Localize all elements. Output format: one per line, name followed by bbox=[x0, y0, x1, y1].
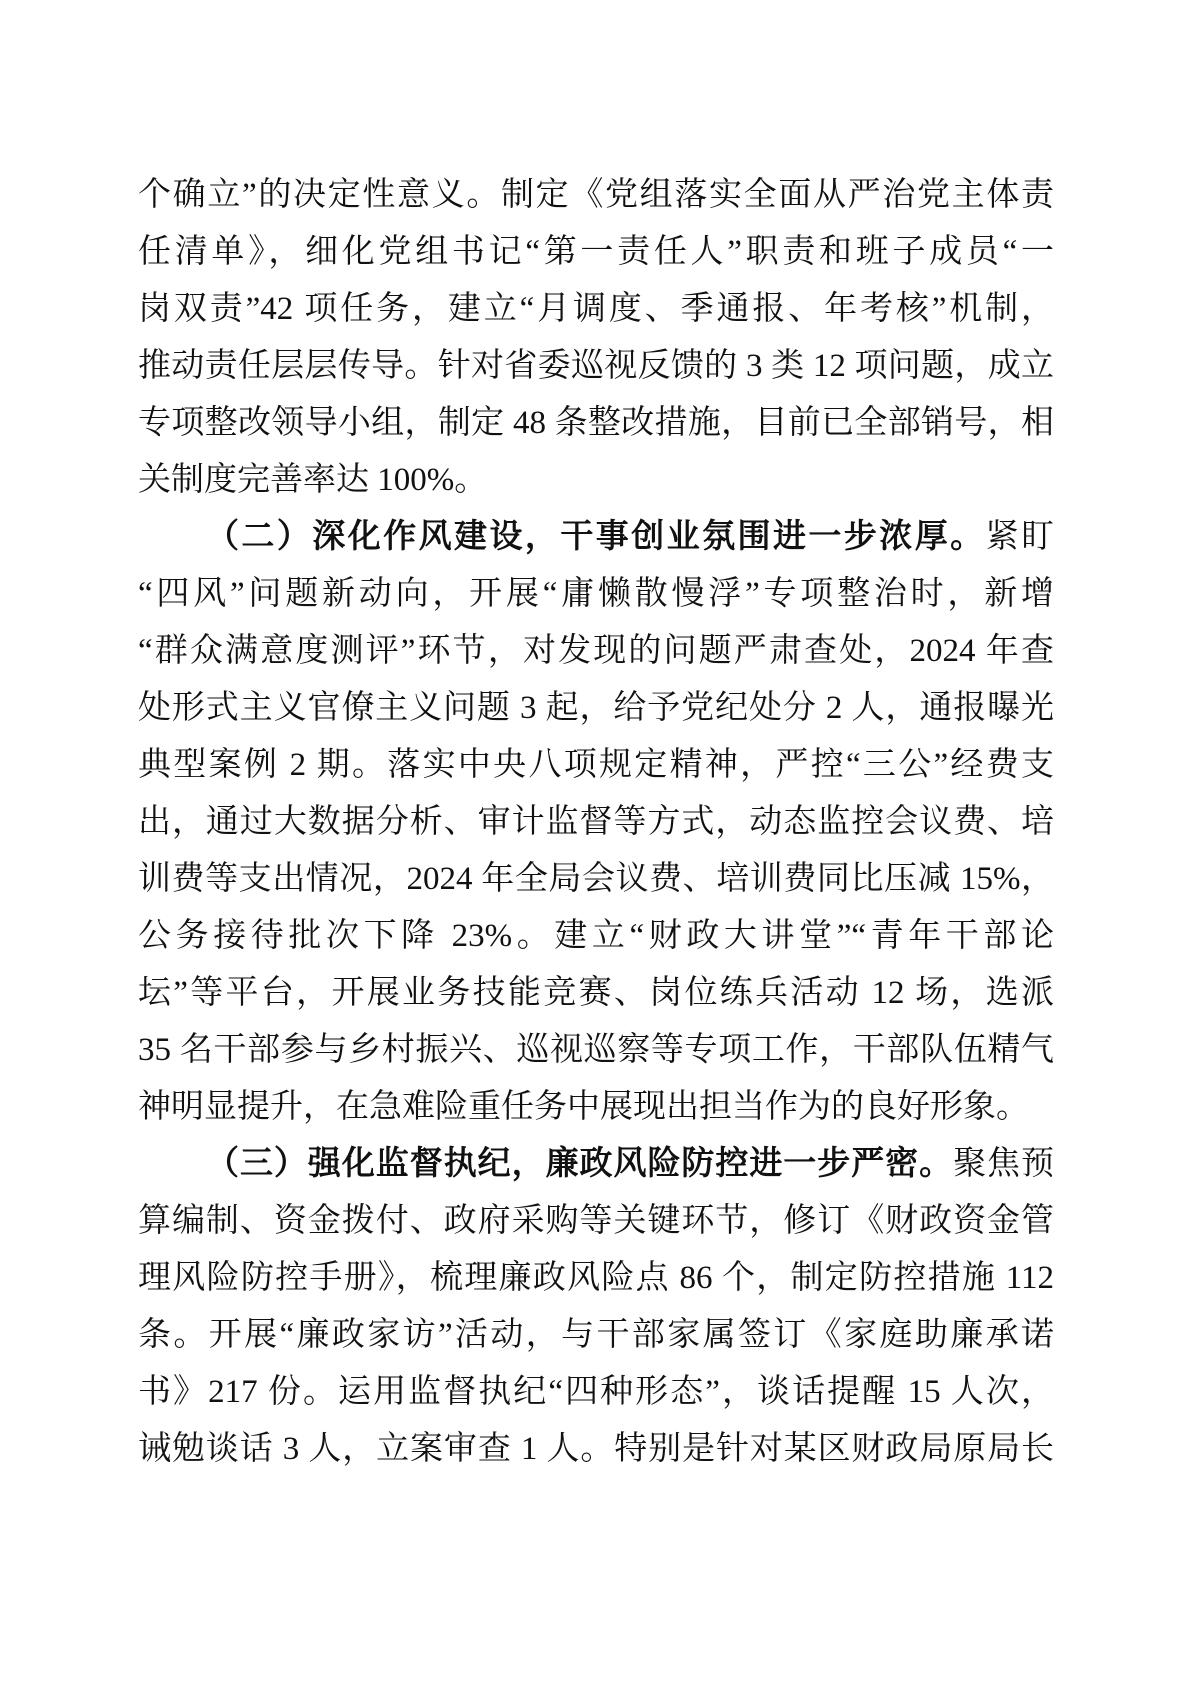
line-text: “群众满意度测评”环节，对发现的问题严肃查处，2024 年查 bbox=[138, 633, 1054, 669]
line-text: 坛”等平台，开展业务技能竞赛、岗位练兵活动 12 场，选派 bbox=[138, 975, 1054, 1011]
text-line: 训费等支出情况，2024 年全局会议费、培训费同比压减 15%， bbox=[138, 851, 1054, 908]
section-heading: （二）深化作风建设，干事创业氛围进一步浓厚。 bbox=[206, 519, 986, 555]
line-text: 书》217 份。运用监督执纪“四种形态”，谈话提醒 15 人次， bbox=[138, 1374, 1054, 1410]
line-text: 训费等支出情况，2024 年全局会议费、培训费同比压减 15%， bbox=[138, 861, 1054, 897]
text-line: （三）强化监督执纪，廉政风险防控进一步严密。聚焦预 bbox=[138, 1136, 1054, 1193]
line-text: 神明显提升，在急难险重任务中展现出担当作为的良好形象。 bbox=[138, 1089, 1029, 1125]
line-text: 35 名干部参与乡村振兴、巡视巡察等专项工作，干部队伍精气 bbox=[138, 1032, 1054, 1068]
text-line: 处形式主义官僚主义问题 3 起，给予党纪处分 2 人，通报曝光 bbox=[138, 680, 1054, 737]
line-text: 紧盯 bbox=[986, 519, 1054, 555]
document-page: 个确立”的决定性意义。制定《党组落实全面从严治党主体责任清单》，细化党组书记“第… bbox=[0, 0, 1190, 1683]
line-text: 条。开展“廉政家访”活动，与干部家属签订《家庭助廉承诺 bbox=[138, 1317, 1054, 1353]
text-line: 岗双责”42 项任务，建立“月调度、季通报、年考核”机制， bbox=[138, 281, 1054, 338]
line-text: 处形式主义官僚主义问题 3 起，给予党纪处分 2 人，通报曝光 bbox=[138, 690, 1054, 726]
text-line: 推动责任层层传导。针对省委巡视反馈的 3 类 12 项问题，成立 bbox=[138, 338, 1054, 395]
line-text: 个确立”的决定性意义。制定《党组落实全面从严治党主体责 bbox=[138, 177, 1054, 213]
line-text: 专项整改领导小组，制定 48 条整改措施，目前已全部销号，相 bbox=[138, 405, 1054, 441]
section-heading: （三）强化监督执纪，廉政风险防控进一步严密。 bbox=[206, 1146, 953, 1182]
line-text: 关制度完善率达 100%。 bbox=[138, 462, 487, 498]
text-line: （二）深化作风建设，干事创业氛围进一步浓厚。紧盯 bbox=[138, 509, 1054, 566]
line-text: 任清单》，细化党组书记“第一责任人”职责和班子成员“一 bbox=[138, 234, 1054, 270]
line-text: “四风”问题新动向，开展“庸懒散慢浮”专项整治时，新增 bbox=[138, 576, 1054, 612]
text-line: 出，通过大数据分析、审计监督等方式，动态监控会议费、培 bbox=[138, 794, 1054, 851]
line-text: 出，通过大数据分析、审计监督等方式，动态监控会议费、培 bbox=[138, 804, 1054, 840]
line-text: 理风险防控手册》，梳理廉政风险点 86 个，制定防控措施 112 bbox=[138, 1260, 1054, 1296]
text-line: 35 名干部参与乡村振兴、巡视巡察等专项工作，干部队伍精气 bbox=[138, 1022, 1054, 1079]
text-line: 任清单》，细化党组书记“第一责任人”职责和班子成员“一 bbox=[138, 224, 1054, 281]
text-line: 关制度完善率达 100%。 bbox=[138, 452, 1054, 509]
text-line: 个确立”的决定性意义。制定《党组落实全面从严治党主体责 bbox=[138, 167, 1054, 224]
text-line: 坛”等平台，开展业务技能竞赛、岗位练兵活动 12 场，选派 bbox=[138, 965, 1054, 1022]
text-line: “四风”问题新动向，开展“庸懒散慢浮”专项整治时，新增 bbox=[138, 566, 1054, 623]
line-text: 诫勉谈话 3 人，立案审查 1 人。特别是针对某区财政局原局长 bbox=[138, 1431, 1054, 1467]
line-text: 算编制、资金拨付、政府采购等关键环节，修订《财政资金管 bbox=[138, 1203, 1054, 1239]
text-line: “群众满意度测评”环节，对发现的问题严肃查处，2024 年查 bbox=[138, 623, 1054, 680]
text-line: 神明显提升，在急难险重任务中展现出担当作为的良好形象。 bbox=[138, 1079, 1054, 1136]
line-text: 推动责任层层传导。针对省委巡视反馈的 3 类 12 项问题，成立 bbox=[138, 348, 1054, 384]
line-text: 公务接待批次下降 23%。建立“财政大讲堂”“青年干部论 bbox=[138, 918, 1054, 954]
text-line: 条。开展“廉政家访”活动，与干部家属签订《家庭助廉承诺 bbox=[138, 1307, 1054, 1364]
text-line: 书》217 份。运用监督执纪“四种形态”，谈话提醒 15 人次， bbox=[138, 1364, 1054, 1421]
text-line: 诫勉谈话 3 人，立案审查 1 人。特别是针对某区财政局原局长 bbox=[138, 1421, 1054, 1478]
text-line: 理风险防控手册》，梳理廉政风险点 86 个，制定防控措施 112 bbox=[138, 1250, 1054, 1307]
text-line: 公务接待批次下降 23%。建立“财政大讲堂”“青年干部论 bbox=[138, 908, 1054, 965]
text-line: 典型案例 2 期。落实中央八项规定精神，严控“三公”经费支 bbox=[138, 737, 1054, 794]
text-line: 算编制、资金拨付、政府采购等关键环节，修订《财政资金管 bbox=[138, 1193, 1054, 1250]
line-text: 聚焦预 bbox=[953, 1146, 1054, 1182]
line-text: 岗双责”42 项任务，建立“月调度、季通报、年考核”机制， bbox=[138, 291, 1054, 327]
document-body: 个确立”的决定性意义。制定《党组落实全面从严治党主体责任清单》，细化党组书记“第… bbox=[138, 167, 1054, 1478]
line-text: 典型案例 2 期。落实中央八项规定精神，严控“三公”经费支 bbox=[138, 747, 1054, 783]
text-line: 专项整改领导小组，制定 48 条整改措施，目前已全部销号，相 bbox=[138, 395, 1054, 452]
